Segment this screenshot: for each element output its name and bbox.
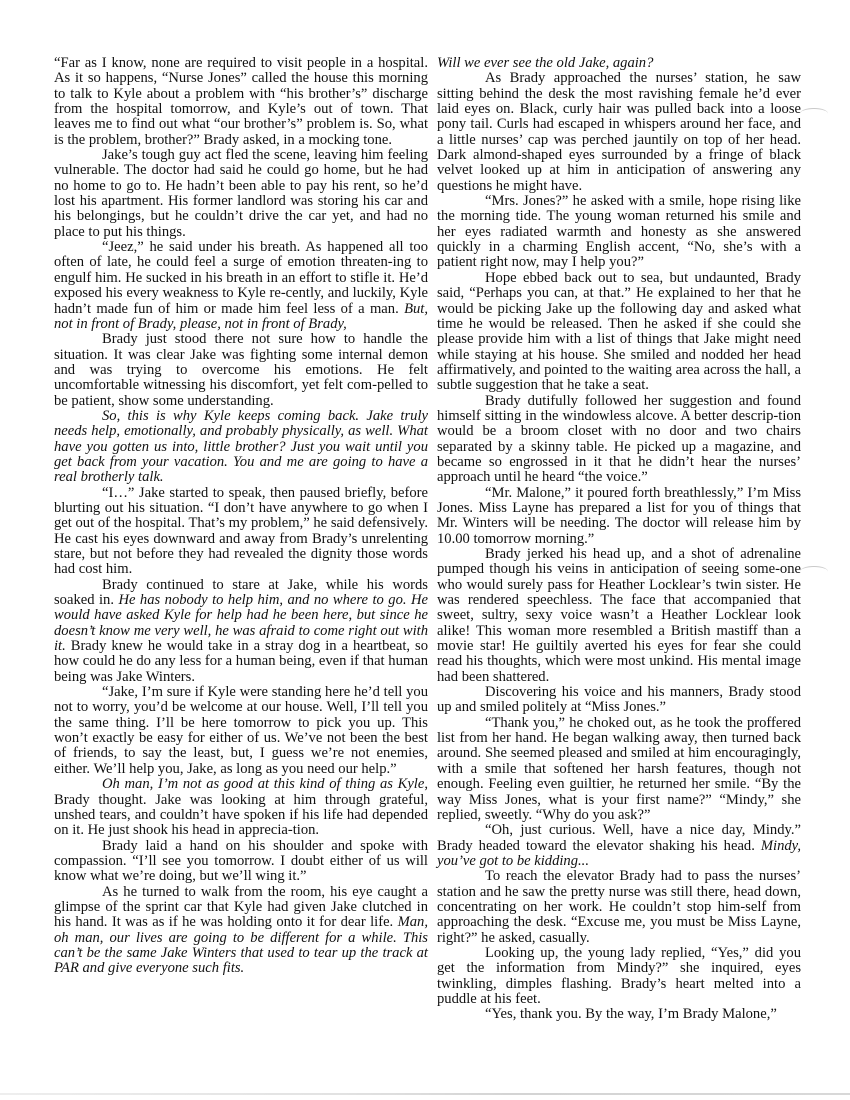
paragraph: “I…” Jake started to speak, then paused …	[54, 486, 428, 578]
paragraph: “Jeez,” he said under his breath. As hap…	[54, 240, 428, 332]
paragraph: Will we ever see the old Jake, again?	[437, 56, 801, 71]
paragraph: So, this is why Kyle keeps coming back. …	[54, 409, 428, 486]
text-segment: Hope ebbed back out to sea, but undaunte…	[437, 270, 801, 393]
text-segment: “Jake, I’m sure if Kyle were standing he…	[54, 684, 428, 777]
paragraph: To reach the elevator Brady had to pass …	[437, 869, 801, 946]
text-segment: Discovering his voice and his manners, B…	[437, 684, 801, 715]
paragraph: Oh man, I’m not as good at this kind of …	[54, 777, 428, 838]
text-segment: “I…” Jake started to speak, then paused …	[54, 485, 428, 578]
text-segment: “Mr. Malone,” it poured forth breathless…	[437, 485, 801, 547]
text-segment: Brady just stood there not sure how to h…	[54, 331, 428, 408]
text-segment: “Far as I know, none are required to vis…	[54, 55, 428, 148]
paragraph: As he turned to walk from the room, his …	[54, 885, 428, 977]
paragraph: Brady jerked his head up, and a shot of …	[437, 547, 801, 685]
page-bottom-edge	[0, 1093, 850, 1095]
text-segment: “Oh, just curious. Well, have a nice day…	[437, 822, 801, 853]
italic-text-segment: Oh man, I’m not as good at this kind of …	[102, 776, 424, 792]
text-segment: “Thank you,” he choked out, as he took t…	[437, 715, 801, 823]
scan-artifact	[800, 566, 828, 577]
text-segment: As Brady approached the nurses’ station,…	[437, 70, 801, 193]
italic-text-segment: So, this is why Kyle keeps coming back. …	[54, 408, 428, 485]
paragraph: As Brady approached the nurses’ station,…	[437, 71, 801, 194]
right-column: Will we ever see the old Jake, again?As …	[437, 56, 801, 1023]
paragraph: Brady dutifully followed her suggestion …	[437, 394, 801, 486]
scan-artifact	[800, 108, 828, 119]
text-segment: Jake’s tough guy act fled the scene, lea…	[54, 147, 428, 240]
text-segment: “Jeez,” he said under his breath. As hap…	[54, 239, 428, 316]
text-segment: Brady dutifully followed her suggestion …	[437, 393, 801, 486]
text-segment: Brady laid a hand on his shoulder and sp…	[54, 838, 428, 885]
paragraph: Looking up, the young lady replied, “Yes…	[437, 946, 801, 1007]
paragraph: “Mr. Malone,” it poured forth breathless…	[437, 486, 801, 547]
paragraph: “Thank you,” he choked out, as he took t…	[437, 716, 801, 823]
text-segment: To reach the elevator Brady had to pass …	[437, 868, 801, 945]
paragraph: Brady just stood there not sure how to h…	[54, 332, 428, 409]
paragraph: “Mrs. Jones?” he asked with a smile, hop…	[437, 194, 801, 271]
paragraph: “Jake, I’m sure if Kyle were standing he…	[54, 685, 428, 777]
paragraph: Brady laid a hand on his shoulder and sp…	[54, 839, 428, 885]
italic-text-segment: Will we ever see the old Jake, again?	[437, 55, 653, 71]
left-column: “Far as I know, none are required to vis…	[54, 56, 428, 977]
text-segment: “Yes, thank you. By the way, I’m Brady M…	[485, 1006, 777, 1022]
text-segment: Brady knew he would take in a stray dog …	[54, 638, 428, 685]
text-segment: “Mrs. Jones?” he asked with a smile, hop…	[437, 193, 801, 270]
text-segment: Brady jerked his head up, and a shot of …	[437, 546, 801, 685]
paragraph: “Oh, just curious. Well, have a nice day…	[437, 823, 801, 869]
text-segment: Looking up, the young lady replied, “Yes…	[437, 945, 801, 1007]
paragraph: Discovering his voice and his manners, B…	[437, 685, 801, 716]
paragraph: Hope ebbed back out to sea, but undaunte…	[437, 271, 801, 394]
text-segment: As he turned to walk from the room, his …	[54, 884, 428, 931]
paragraph: Brady continued to stare at Jake, while …	[54, 578, 428, 685]
paragraph: Jake’s tough guy act fled the scene, lea…	[54, 148, 428, 240]
paragraph: “Yes, thank you. By the way, I’m Brady M…	[437, 1007, 801, 1022]
paragraph: “Far as I know, none are required to vis…	[54, 56, 428, 148]
document-page: “Far as I know, none are required to vis…	[0, 0, 850, 1100]
